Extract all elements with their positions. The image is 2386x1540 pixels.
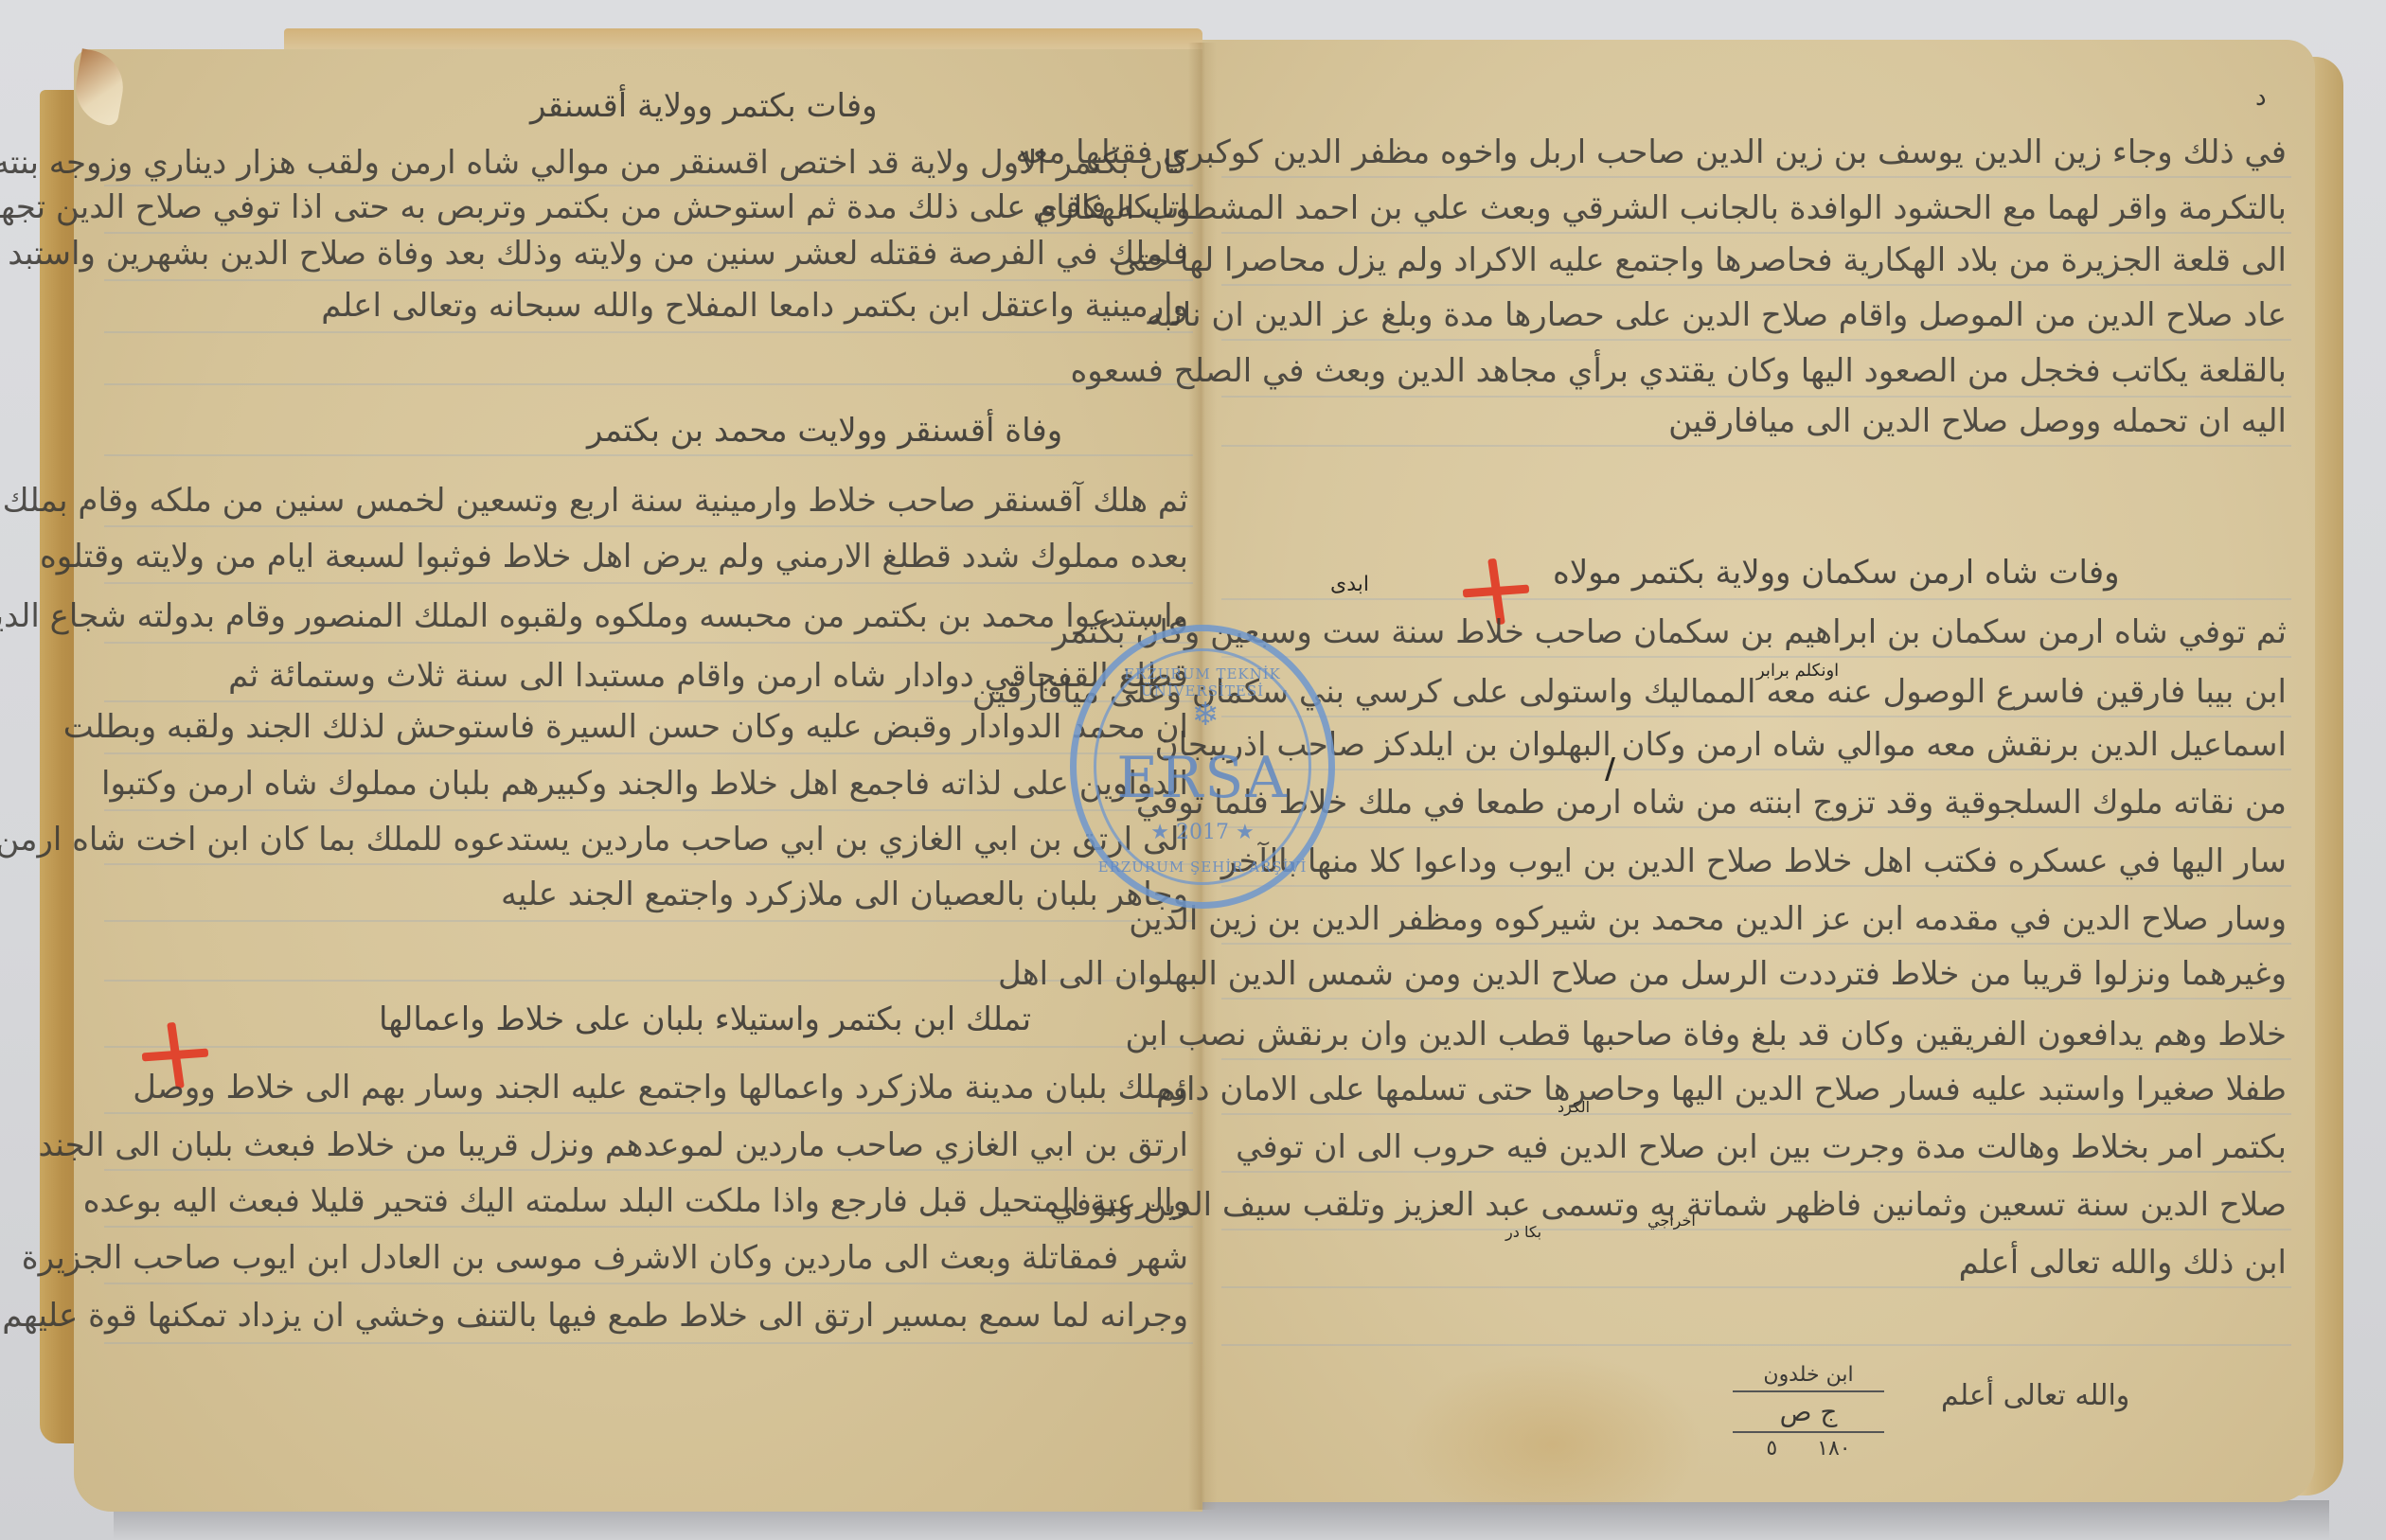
- left-line: فاملك في الفرصة فقتله لعشر سنين من ولايت…: [99, 235, 1188, 273]
- reference-note: ابن خلدون ج ص ١٨٠ ٥: [1723, 1363, 1894, 1460]
- left-line: وجاهر بلبان بالعصيان الى ملازكرد واجتمع …: [99, 876, 1188, 913]
- ruled-line: [1221, 232, 2291, 234]
- right-line: اليه ان تحمله ووصل صلاح الدين الى ميافار…: [1217, 402, 2287, 440]
- fraction-line: [1733, 1431, 1884, 1433]
- left-heading-3: تملك ابن بكتمر واستيلاء بلبان على خلاط و…: [379, 1000, 1031, 1038]
- stamp-top-text: ERZURUM TEKNİK ÜNİVERSİTESİ: [1077, 665, 1328, 699]
- left-line: الى ارتق بن ابي الغازي بن ابي صاحب ماردي…: [99, 821, 1188, 859]
- left-heading-2: وفاة أقسنقر وولايت محمد بن بكتمر: [587, 412, 1062, 450]
- left-heading-1: وفات بكتمر وولاية أقسنقر: [530, 87, 878, 125]
- right-line: من نقاته ملوك السلجوقية وقد تزوج ابنته م…: [1217, 784, 2287, 822]
- ruled-line: [104, 279, 1193, 281]
- right-line: وسار صلاح الدين في مقدمه ابن عز الدين مح…: [1217, 900, 2287, 938]
- ruled-line: [104, 582, 1193, 584]
- ruled-line: [1221, 396, 2291, 398]
- stamp-title: ERSA: [1077, 745, 1328, 811]
- marginal-note: ابدى: [1330, 573, 1369, 596]
- right-line: خلاط وهم يدافعون الفريقين وكان قد بلغ وف…: [1217, 1016, 2287, 1053]
- ruled-line: [104, 920, 1193, 922]
- right-line: بالتكرمة واقر لهما مع الحشود الوافدة بال…: [1217, 189, 2287, 227]
- interlinear-note: بكا در: [1505, 1223, 1541, 1241]
- reference-volume-page: ج ص: [1723, 1396, 1894, 1427]
- left-line: وملك بلبان مدينة ملازكرد واعمالها واجتمع…: [99, 1069, 1188, 1106]
- left-line: ارتق بن ابي الغازي صاحب ماردين لموعدهم و…: [99, 1126, 1188, 1164]
- ruled-line: [1221, 176, 2291, 178]
- ruled-line: [104, 642, 1193, 644]
- water-stain: [1401, 1354, 1704, 1505]
- ruled-line: [1221, 284, 2291, 286]
- snowflake-icon: ❄: [1188, 698, 1222, 732]
- left-line: اتابكه فاقام على ذلك مدة ثم استوحش من بك…: [99, 188, 1188, 226]
- right-line: عاد صلاح الدين من الموصل واقام صلاح الدي…: [1217, 296, 2287, 334]
- ruled-line: [104, 1226, 1193, 1228]
- ruled-line: [104, 525, 1193, 527]
- right-line: ابن بيبا فارقين فاسرع الوصول عنه معه الم…: [1217, 673, 2287, 711]
- ruled-line: [104, 1169, 1193, 1171]
- right-heading: وفات شاه ارمن سكمان وولاية بكتمر مولاه: [1553, 554, 2120, 592]
- ruled-line: [104, 185, 1193, 186]
- left-line: والرعية المتحيل قبل فارجع واذا ملكت البل…: [99, 1182, 1188, 1220]
- ruled-line: [104, 331, 1193, 333]
- ruled-line: [104, 232, 1193, 234]
- black-check-mark: /: [1605, 752, 1615, 786]
- reference-numbers: ١٨٠ ٥: [1723, 1437, 1894, 1460]
- right-line: بالقلعة يكاتب فخجل من الصعود اليها وكان …: [1217, 352, 2287, 390]
- left-line: واستدعوا محمد بن بكتمر من محبسه وملكوه و…: [99, 597, 1188, 635]
- right-line: ثم توفي شاه ارمن سكمان بن ابراهيم بن سكم…: [1217, 613, 2287, 651]
- ruled-line: [1221, 1344, 2291, 1346]
- ruled-line: [1221, 943, 2291, 945]
- reference-number-right: ٥: [1766, 1437, 1777, 1460]
- right-line: الى قلعة الجزيرة من بلاد الهكارية فحاصره…: [1217, 241, 2287, 279]
- ruled-line: [104, 809, 1193, 811]
- ruled-line: [1221, 1171, 2291, 1173]
- right-line: اسماعيل الدين برنقش معه موالي شاه ارمن و…: [1217, 726, 2287, 764]
- ruled-line: [1221, 1286, 2291, 1288]
- ruled-line: [1221, 339, 2291, 341]
- right-line: طفلا صغيرا واستبد عليه فسار صلاح الدين ا…: [1217, 1071, 2287, 1108]
- ruled-line: [104, 1046, 1193, 1048]
- ruled-line: [1221, 598, 2291, 600]
- ruled-line: [1221, 885, 2291, 887]
- left-line: وارمينية واعتقل ابن بكتمر دامعا المفلاح …: [99, 287, 1188, 325]
- ruled-line: [104, 863, 1193, 865]
- left-line: ثم هلك آقسنقر صاحب خلاط وارمينية سنة ارب…: [99, 482, 1188, 520]
- ruled-line: [1221, 1113, 2291, 1115]
- reference-number-left: ١٨٠: [1817, 1437, 1850, 1460]
- ruled-line: [1221, 1058, 2291, 1060]
- page-number: د: [2255, 83, 2267, 112]
- ruled-line: [1221, 998, 2291, 1000]
- right-line: ابن ذلك والله تعالى أعلم: [1217, 1244, 2287, 1282]
- ruled-line: [104, 752, 1193, 754]
- archive-stamp: ERZURUM TEKNİK ÜNİVERSİTESİ ❄ ERSA ★ 201…: [1070, 625, 1335, 909]
- right-line: في ذلك وجاء زين الدين يوسف بن زين الدين …: [1217, 133, 2287, 171]
- ruled-line: [1221, 826, 2291, 828]
- ruled-line: [104, 383, 1193, 385]
- closing-phrase: والله تعالى أعلم: [1941, 1377, 2129, 1415]
- ruled-line: [1221, 1229, 2291, 1230]
- stamp-year: ★ 2017 ★: [1077, 821, 1328, 844]
- ruled-line: [104, 454, 1193, 456]
- left-line: بعده مملوك شدد قطلغ الارمني ولم يرض اهل …: [99, 538, 1188, 575]
- fraction-line: [1733, 1390, 1884, 1392]
- ruled-line: [104, 1283, 1193, 1284]
- right-line: بكتمر امر بخلاط وهالت مدة وجرت بين ابن ص…: [1217, 1128, 2287, 1166]
- ruled-line: [1221, 445, 2291, 447]
- right-line: صلاح الدين سنة تسعين وثمانين فاظهر شماتة…: [1217, 1186, 2287, 1224]
- ruled-line: [1221, 769, 2291, 770]
- ruled-line: [1221, 716, 2291, 717]
- left-line: شهر فمقاتلة وبعث الى ماردين وكان الاشرف …: [99, 1239, 1188, 1277]
- ruled-line: [1221, 656, 2291, 658]
- ruled-line: [104, 1342, 1193, 1344]
- stamp-bottom-text: ERZURUM ŞEHİR ARŞİVİ: [1077, 859, 1328, 876]
- ruled-line: [104, 1112, 1193, 1114]
- left-line: وجرانه لما سمع بمسير ارتق الى خلاط طمع ف…: [99, 1297, 1188, 1335]
- right-line: وغيرهما ونزلوا قريبا من خلاط فترددت الرس…: [1217, 955, 2287, 993]
- left-line: الدواوين على لذاته فاجمع اهل خلاط والجند…: [99, 765, 1188, 803]
- reference-author: ابن خلدون: [1723, 1363, 1894, 1387]
- left-line: ان محمد الدوادار وقبض عليه وكان حسن السي…: [99, 708, 1188, 746]
- right-line: سار اليها في عسكره فكتب اهل خلاط صلاح ال…: [1217, 842, 2287, 880]
